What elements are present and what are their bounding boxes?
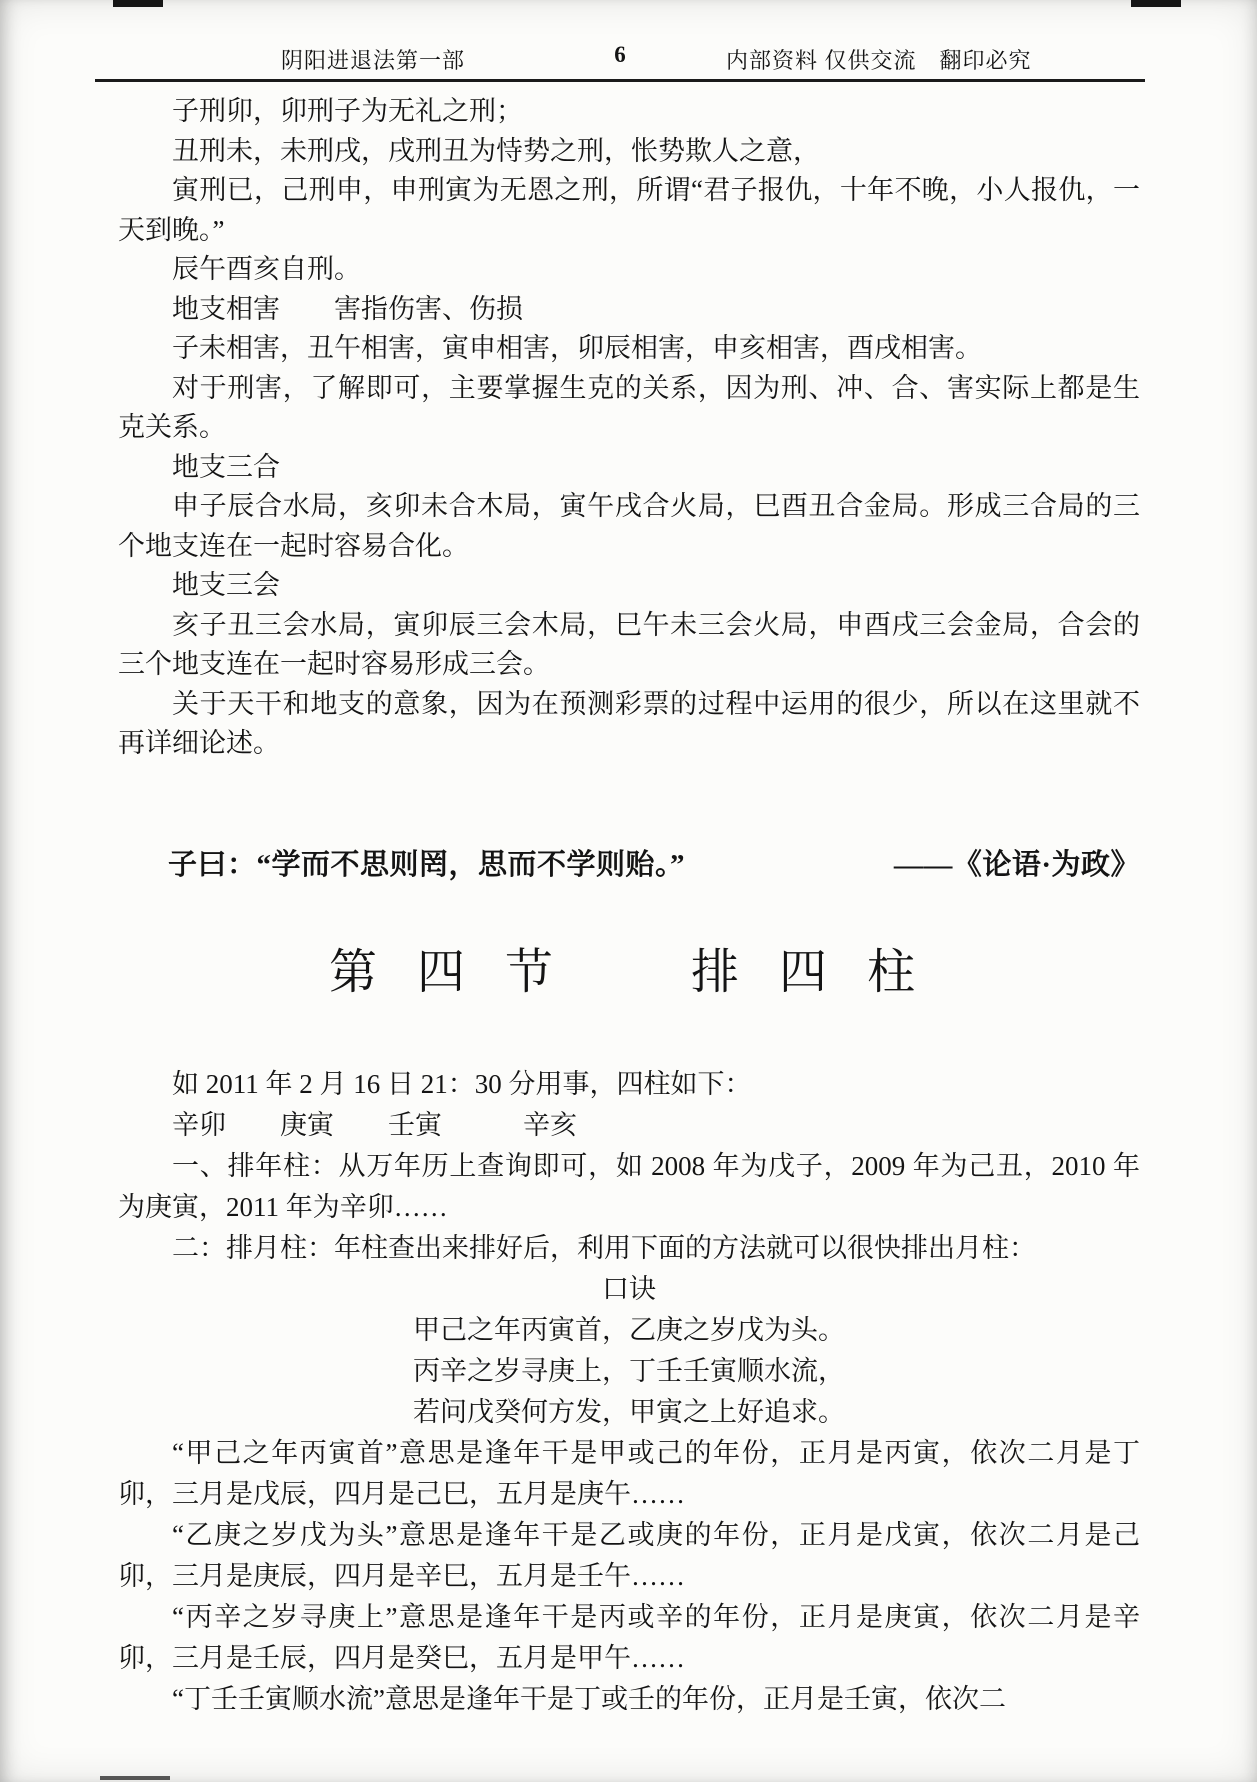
heading-dizhi-xianghai: 地支相害 害指伤害、伤损 <box>118 290 1140 330</box>
paragraph-sanhe-groups: 申子辰合水局，亥卯未合木局，寅午戌合火局，巳酉丑合金局。形成三合局的三个地支连在… <box>118 487 1140 566</box>
header-divider <box>95 79 1145 82</box>
confucius-quote: 子曰：“学而不思则罔，思而不学则贻。” ——《论语·为政》 <box>118 842 1140 888</box>
paragraph-xing-yinsi: 寅刑已，己刑申，申刑寅为无恩之刑，所谓“君子报仇，十年不晚，小人报仇，一天到晚。… <box>118 171 1140 250</box>
paragraph-yixiang-note: 关于天干和地支的意象，因为在预测彩票的过程中运用的很少，所以在这里就不再详细论述… <box>118 685 1140 764</box>
paragraph-step-month-pillar: 二：排月柱：年柱查出来排好后，利用下面的方法就可以很快排出月柱： <box>118 1228 1140 1269</box>
scan-artifact-top-right <box>1131 0 1181 7</box>
copyright-notice: 内部资料 仅供交流 翻印必究 <box>726 44 1032 75</box>
paragraph-xing-zimao: 子刑卯，卯刑子为无礼之刑； <box>118 92 1140 132</box>
paragraph-sanhui-groups: 亥子丑三会水局，寅卯辰三会木局，巳午未三会火局，申酉戌三会金局，合会的三个地支连… <box>118 606 1140 685</box>
paragraph-example-intro: 如 2011 年 2 月 16 日 21：30 分用事，四柱如下： <box>118 1064 1140 1105</box>
book-title: 阴阳进退法第一部 <box>281 44 465 75</box>
quote-attribution: ——《论语·为政》 <box>894 842 1140 888</box>
paragraph-xinghai-note: 对于刑害，了解即可，主要掌握生克的关系，因为刑、冲、合、害实际上都是生克关系。 <box>118 369 1140 448</box>
page-header: 阴阳进退法第一部 6 内部资料 仅供交流 翻印必究 <box>0 40 1257 76</box>
mnemonic-verse-line-2: 丙辛之岁寻庚上，丁壬壬寅顺水流， <box>118 1351 1140 1392</box>
paragraph-step-year-pillar: 一、排年柱：从万年历上查询即可，如 2008 年为戊子，2009 年为己丑，20… <box>118 1146 1140 1228</box>
scan-artifact-bottom-left <box>100 1776 170 1780</box>
paragraph-four-pillars: 辛卯 庚寅 壬寅 辛亥 <box>118 1105 1140 1146</box>
quote-text: 子曰：“学而不思则罔，思而不学则贻。” <box>168 842 685 888</box>
scanned-book-page: 阴阳进退法第一部 6 内部资料 仅供交流 翻印必究 子刑卯，卯刑子为无礼之刑； … <box>0 0 1257 1782</box>
paragraph-xing-chouwei: 丑刑未，未刑戌，戌刑丑为恃势之刑，怅势欺人之意， <box>118 132 1140 172</box>
section-title: 第 四 节 排 四 柱 <box>118 940 1140 1006</box>
paragraph-explanation-dingren: “丁壬壬寅顺水流”意思是逢年干是丁或壬的年份，正月是壬寅，依次二 <box>118 1679 1140 1720</box>
page-number: 6 <box>600 42 640 68</box>
heading-dizhi-sanhe: 地支三合 <box>118 448 1140 488</box>
paragraph-explanation-jiaji: “甲己之年丙寅首”意思是逢年干是甲或己的年份，正月是丙寅，依次二月是丁卯，三月是… <box>118 1433 1140 1515</box>
scan-artifact-top-left <box>113 0 163 7</box>
mnemonic-verse-line-1: 甲己之年丙寅首，乙庚之岁戊为头。 <box>118 1310 1140 1351</box>
mnemonic-verse-line-3: 若问戊癸何方发，甲寅之上好追求。 <box>118 1392 1140 1433</box>
paragraph-self-xing: 辰午酉亥自刑。 <box>118 250 1140 290</box>
paragraph-explanation-bingxin: “丙辛之岁寻庚上”意思是逢年干是丙或辛的年份，正月是庚寅，依次二月是辛卯，三月是… <box>118 1597 1140 1679</box>
paragraph-xianghai-pairs: 子未相害，丑午相害，寅申相害，卯辰相害，申亥相害，酉戌相害。 <box>118 329 1140 369</box>
page-body: 子刑卯，卯刑子为无礼之刑； 丑刑未，未刑戌，戌刑丑为恃势之刑，怅势欺人之意， 寅… <box>118 92 1140 1720</box>
paragraph-explanation-yigeng: “乙庚之岁戊为头”意思是逢年干是乙或庚的年份，正月是戊寅，依次二月是己卯，三月是… <box>118 1515 1140 1597</box>
section-four-body: 如 2011 年 2 月 16 日 21：30 分用事，四柱如下： 辛卯 庚寅 … <box>118 1064 1140 1720</box>
heading-dizhi-sanhui: 地支三会 <box>118 566 1140 606</box>
mnemonic-label: 口诀 <box>118 1269 1140 1310</box>
